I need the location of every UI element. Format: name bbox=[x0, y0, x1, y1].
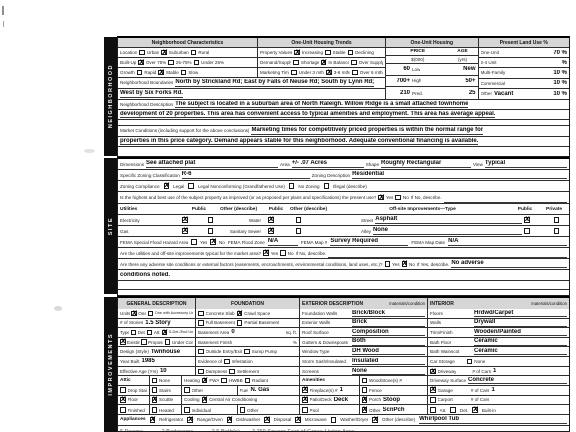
shape-value: Roughly Rectangular bbox=[381, 160, 471, 168]
checkbox-patio-deck[interactable]: X bbox=[302, 397, 308, 403]
exterior-materials-condition-label: materials/condition bbox=[389, 301, 425, 306]
evidence-of-label: Evidence of bbox=[198, 359, 222, 364]
typical-yes-label: Yes bbox=[271, 251, 279, 256]
checkbox-infestation[interactable] bbox=[224, 359, 230, 365]
foundation-header: FOUNDATION bbox=[196, 298, 300, 309]
checkbox-hbu-yes[interactable]: X bbox=[378, 195, 384, 201]
checkbox-illegal[interactable] bbox=[324, 183, 330, 189]
section-label-site: SITE bbox=[108, 217, 114, 235]
year-built-value: 1985 bbox=[142, 358, 155, 364]
central-air-label: Central Air Conditioning bbox=[209, 397, 257, 402]
slow-label: Slow bbox=[188, 70, 198, 75]
interior-column: FloorsHrdwd/Carpet WallsDrywall Trim/Fin… bbox=[428, 309, 569, 375]
hbu-no-label: No bbox=[403, 195, 409, 200]
gutters-downspouts-label: Gutters & Downspouts bbox=[302, 340, 350, 345]
checkbox-type-sdet[interactable]: X bbox=[162, 330, 168, 336]
walls-value: Drywall bbox=[474, 319, 567, 327]
in-balance-label: In Balance bbox=[328, 60, 349, 65]
infestation-label: Infestation bbox=[232, 359, 253, 364]
age-low-value: New bbox=[422, 66, 475, 72]
checkbox-stairs[interactable] bbox=[152, 387, 158, 393]
fwa-label: FWA bbox=[209, 378, 219, 383]
2-4-unit-pct: % bbox=[562, 60, 567, 66]
alley-label: Alley bbox=[361, 229, 371, 234]
checkbox-settlement[interactable] bbox=[229, 369, 235, 375]
exterior-description-column: Foundation WallsBrick/Block Exterior Wal… bbox=[300, 309, 428, 375]
one-unit-pct: 70 % bbox=[553, 50, 567, 56]
checkbox-sewer-public[interactable]: X bbox=[268, 228, 274, 234]
gutters-downspouts-value: Both bbox=[352, 338, 425, 346]
urban-label: Urban bbox=[147, 50, 160, 55]
type-att-label: Att. bbox=[154, 330, 160, 335]
checkbox-attic-floor[interactable]: X bbox=[120, 397, 126, 403]
checkbox-heating-other[interactable] bbox=[184, 387, 190, 393]
price-unit-label: $(000) bbox=[388, 57, 448, 62]
checkbox-fence[interactable] bbox=[362, 387, 368, 393]
age-high-value: 50+ bbox=[423, 78, 475, 84]
utilities-header: Utilities bbox=[120, 207, 178, 212]
checkbox-3-6mths[interactable]: X bbox=[326, 70, 332, 76]
car-storage-label: Car Storage bbox=[430, 359, 455, 364]
checkbox-stable-values[interactable] bbox=[325, 50, 331, 56]
proposed-label: Proposed bbox=[148, 340, 163, 345]
stories-value: 1.5 Story bbox=[145, 320, 170, 326]
checkbox-concrete-slab[interactable] bbox=[198, 311, 204, 317]
rural-label: Rural bbox=[198, 50, 209, 55]
dimensions-label: Dimensions bbox=[120, 162, 144, 167]
multi-family-pct: 10 % bbox=[553, 70, 567, 76]
amenities-label: Amenities bbox=[302, 378, 325, 383]
fireplace-count: 1 bbox=[340, 387, 343, 393]
checkbox-urban[interactable] bbox=[139, 50, 145, 56]
improvements-section: GENERAL DESCRIPTION FOUNDATION EXTERIOR … bbox=[117, 296, 570, 432]
gas-label: Gas bbox=[120, 229, 180, 234]
water-label: Water bbox=[223, 218, 261, 223]
checkbox-in-balance[interactable]: X bbox=[321, 60, 327, 66]
checkbox-carport[interactable] bbox=[430, 397, 436, 403]
adverse-answer-line1: No adverse bbox=[451, 260, 567, 268]
roof-surface-label: Roof Surface bbox=[302, 330, 350, 335]
checkbox-existing[interactable]: X bbox=[120, 339, 126, 345]
blank-write-in-line[interactable] bbox=[444, 195, 567, 203]
checkbox-pool[interactable] bbox=[302, 407, 308, 413]
foundation-walls-label: Foundation Walls bbox=[302, 311, 350, 316]
adverse-yes-label: Yes bbox=[392, 262, 400, 267]
under-25-label: Under 25% bbox=[201, 60, 224, 65]
checkbox-partial-basement[interactable] bbox=[237, 320, 243, 326]
foundation-walls-value: Brick/Block bbox=[352, 310, 425, 318]
checkbox-crawl-space[interactable]: X bbox=[237, 311, 243, 317]
checkbox-units-accessory[interactable] bbox=[148, 311, 154, 317]
attic-none-label: None bbox=[159, 378, 170, 383]
appliances-label: Appliances bbox=[120, 417, 146, 422]
exterior-walls-value: Brick bbox=[352, 319, 425, 327]
checkbox-scuttle[interactable]: X bbox=[152, 397, 158, 403]
individual-cooling-label: Individual bbox=[192, 408, 211, 413]
hwbb-label: HWBB bbox=[229, 378, 243, 383]
neighborhood-characteristics-header: Neighborhood Characteristics bbox=[118, 38, 257, 48]
basement-finish-unit: % bbox=[234, 340, 297, 345]
2-4-unit-label: 2-4 Unit bbox=[481, 60, 560, 65]
checkbox-garage-builtin[interactable]: X bbox=[472, 407, 478, 413]
existing-label: Existing bbox=[127, 340, 140, 345]
checkbox-electricity-public[interactable]: X bbox=[182, 217, 188, 223]
high-label: High bbox=[412, 78, 421, 83]
over-75-label: Over 75% bbox=[146, 60, 166, 65]
checkbox-water-public[interactable]: X bbox=[268, 217, 274, 223]
checkbox-porch[interactable]: X bbox=[362, 397, 368, 403]
checkbox-garage-att[interactable] bbox=[430, 407, 436, 413]
checkbox-no-zoning[interactable] bbox=[289, 183, 295, 189]
checkbox-washer-dryer[interactable] bbox=[331, 417, 337, 423]
checkbox-stable-growth[interactable]: X bbox=[158, 70, 164, 76]
location-label: Location bbox=[120, 50, 137, 55]
carport-label: Carport bbox=[438, 397, 453, 402]
boundaries-label: Neighborhood Boundaries bbox=[120, 80, 173, 85]
design-style-label: Design (Style) bbox=[120, 349, 149, 354]
zoning-compliance-label: Zoning Compliance bbox=[120, 184, 160, 189]
electricity-label: Electricity bbox=[120, 218, 180, 223]
checkbox-adverse-no[interactable]: X bbox=[402, 261, 408, 267]
checkbox-sump-pump[interactable] bbox=[244, 349, 250, 355]
car-none-label: None bbox=[474, 359, 485, 364]
view-label: View bbox=[473, 162, 483, 167]
checkbox-garage[interactable]: X bbox=[430, 387, 436, 393]
storm-sash-label: Storm Sash/Insulated bbox=[302, 359, 350, 364]
checkbox-under-3mths[interactable] bbox=[291, 70, 297, 76]
garage-label: Garage bbox=[438, 388, 453, 393]
growth-label: Growth bbox=[120, 70, 135, 75]
under-const-label: Under Const. bbox=[172, 340, 193, 345]
checkbox-microwave[interactable]: X bbox=[295, 417, 301, 423]
type-det-label: Det. bbox=[138, 330, 146, 335]
cooling-other-label: Other bbox=[247, 408, 259, 413]
street-value: Asphalt bbox=[375, 216, 522, 224]
units-one-label: One bbox=[138, 311, 146, 316]
checkbox-fireplace[interactable]: X bbox=[302, 387, 308, 393]
boundaries-value-line2: West by Six Forks Rd. bbox=[120, 90, 183, 98]
porch-label: Porch bbox=[369, 397, 381, 402]
checkbox-refrigerator[interactable]: X bbox=[150, 417, 156, 423]
range-oven-label: Range/Oven bbox=[197, 417, 223, 422]
fema-map-date-label: FEMA Map Date bbox=[411, 240, 445, 245]
garage-builtin-label: Built-in bbox=[482, 408, 496, 413]
under-3mths-label: Under 3 mths bbox=[299, 70, 325, 75]
checkbox-attic-heated[interactable] bbox=[152, 407, 158, 413]
basement-area-label: Basement Area bbox=[198, 330, 229, 335]
appliances-other-label: Other (describe) bbox=[382, 417, 415, 422]
checkbox-under-const[interactable] bbox=[165, 339, 171, 345]
sanitary-sewer-label: Sanitary Sewer bbox=[223, 229, 261, 234]
zoning-class-label: Specific Zoning Classification bbox=[120, 173, 180, 178]
car-storage-column: Driveway Surface Concrete XGarage # of C… bbox=[428, 376, 569, 414]
amenities-column: Amenities WoodStove(s) # XFireplace(s) #… bbox=[300, 376, 428, 414]
fema-zone-label: FEMA Flood Zone bbox=[228, 240, 265, 245]
fema-zone-value: N/A bbox=[268, 238, 298, 246]
heating-cooling-column: Heating XFWA HWBB Radiant Other FuelN. G… bbox=[182, 376, 300, 414]
checkbox-suburban[interactable]: X bbox=[161, 50, 167, 56]
checkbox-alley-private[interactable] bbox=[554, 228, 560, 234]
checkbox-sewer-other[interactable] bbox=[296, 228, 302, 234]
checkbox-slow[interactable] bbox=[181, 70, 187, 76]
alley-value: None bbox=[373, 227, 522, 235]
checkbox-full-basement[interactable] bbox=[198, 320, 204, 326]
trim-finish-label: Trim/Finish bbox=[430, 330, 472, 335]
heating-label: Heating bbox=[184, 378, 200, 383]
checkbox-driveway[interactable]: X bbox=[430, 369, 436, 375]
market-conditions-line2: properties in this price category. Deman… bbox=[120, 138, 478, 146]
marketing-time-label: Marketing Time bbox=[260, 70, 289, 75]
foundation-column: Concrete Slab XCrawl Space Full Basement… bbox=[196, 309, 300, 375]
scan-artifact bbox=[84, 149, 95, 153]
checkbox-legal-nonconforming[interactable] bbox=[188, 183, 194, 189]
checkbox-dampness[interactable] bbox=[198, 369, 204, 375]
microwave-label: Microwave bbox=[305, 417, 327, 422]
checkbox-outside-entry[interactable] bbox=[198, 349, 204, 355]
checkbox-rapid[interactable] bbox=[137, 70, 143, 76]
checkbox-units-one[interactable]: X bbox=[131, 311, 137, 317]
checkbox-fwa[interactable]: X bbox=[202, 378, 208, 384]
blank-row bbox=[118, 281, 569, 290]
garage-cars-value: 1 bbox=[491, 387, 494, 393]
washer-dryer-label: Washer/Dryer bbox=[340, 417, 368, 422]
dampness-label: Dampness bbox=[206, 369, 228, 374]
blank-write-in-line[interactable] bbox=[328, 251, 567, 258]
checkbox-over-supply[interactable] bbox=[351, 60, 357, 66]
checkbox-electricity-other[interactable] bbox=[208, 217, 214, 223]
checkbox-25-75[interactable] bbox=[168, 60, 174, 66]
dimensions-value: See attached plat bbox=[146, 160, 278, 168]
suburban-label: Suburban bbox=[169, 50, 189, 55]
bath-floor-label: Bath Floor bbox=[430, 340, 472, 345]
effective-age-value: 10 bbox=[160, 368, 167, 374]
low-label: Low bbox=[412, 67, 420, 72]
checkbox-increasing[interactable]: X bbox=[294, 50, 300, 56]
commercial-pct: 10 % bbox=[553, 80, 567, 86]
checkbox-alley-public[interactable] bbox=[524, 228, 530, 234]
pool-label: Pool bbox=[310, 408, 319, 413]
checkbox-attic-none[interactable] bbox=[152, 378, 158, 384]
utilities-typical-question: Are the utilities and off-site improveme… bbox=[120, 251, 261, 256]
attic-floor-label: Floor bbox=[128, 397, 138, 402]
checkbox-gas-public[interactable]: X bbox=[182, 228, 188, 234]
window-type-value: DH Wood bbox=[352, 348, 425, 356]
patio-deck-value: Deck bbox=[334, 397, 348, 403]
other-describe-header-2: Other (describe) bbox=[290, 207, 334, 212]
checkbox-typical-yes[interactable]: X bbox=[263, 250, 269, 256]
neighborhood-section: Neighborhood Characteristics One-Unit Ho… bbox=[117, 36, 570, 157]
fema-flood-label: FEMA Special Flood Hazard Area bbox=[120, 240, 188, 245]
driveway-surface-label: Driveway Surface bbox=[430, 378, 466, 383]
fema-map-value: Survey Required bbox=[330, 238, 408, 246]
typical-ifno-label: If No, describe. bbox=[296, 251, 327, 256]
porch-value: Stoop bbox=[383, 397, 400, 403]
declining-label: Declining bbox=[355, 50, 374, 55]
no-zoning-label: No Zoning bbox=[298, 184, 319, 189]
hbu-yes-label: Yes bbox=[386, 195, 394, 200]
attic-label: Attic bbox=[120, 378, 131, 383]
garage-cars-label: # of Cars bbox=[471, 388, 490, 393]
checkbox-street-private[interactable] bbox=[554, 217, 560, 223]
checkbox-declining[interactable] bbox=[348, 50, 354, 56]
general-description-column: Units XOne One with Accessory Unit # of … bbox=[118, 309, 196, 375]
pat io-deck-label: Patio/Deck bbox=[310, 397, 332, 402]
checkbox-fema-yes[interactable] bbox=[191, 239, 197, 245]
adverse-answer-line2: conditions noted. bbox=[120, 272, 170, 278]
attic-finished-label: Finished bbox=[128, 408, 145, 413]
basement-finish-label: Basement Finish bbox=[198, 340, 232, 345]
age-unit-label: (yrs) bbox=[450, 57, 476, 62]
other-use-label: Other bbox=[481, 91, 493, 96]
market-conditions-label: Market Conditions (including support for… bbox=[120, 128, 249, 133]
exterior-description-header: EXTERIOR DESCRIPTION bbox=[302, 301, 363, 307]
fireplace-label: Fireplace(s) # bbox=[310, 388, 338, 393]
legal-nonconforming-label: Legal Nonconforming (Grandfathered Use) bbox=[198, 184, 285, 189]
dishwasher-label: Dishwasher bbox=[236, 417, 260, 422]
checkbox-attic-finished[interactable] bbox=[120, 407, 126, 413]
checkbox-legal[interactable]: X bbox=[164, 183, 170, 189]
radiant-label: Radiant bbox=[252, 378, 268, 383]
checkbox-cooling-other[interactable] bbox=[240, 407, 246, 413]
checkbox-shortage[interactable] bbox=[293, 60, 299, 66]
scuttle-label: Scuttle bbox=[159, 397, 173, 402]
amenities-other-label: Other bbox=[369, 408, 381, 413]
shape-label: Shape bbox=[366, 162, 379, 167]
fema-map-label: FEMA Map # bbox=[301, 240, 328, 245]
checkbox-typical-no[interactable] bbox=[280, 250, 286, 256]
checkbox-appliances-other[interactable]: X bbox=[372, 417, 378, 423]
public-header: Public bbox=[180, 207, 218, 212]
concrete-slab-label: Concrete Slab bbox=[206, 311, 235, 316]
public-header-2: Public bbox=[264, 207, 288, 212]
area-label: Area bbox=[280, 162, 290, 167]
boundaries-value-line1: North by Strickland Rd; East by Falls of… bbox=[175, 79, 374, 87]
checkbox-under-25[interactable] bbox=[194, 60, 200, 66]
checkbox-over-75[interactable]: X bbox=[138, 60, 144, 66]
age-pred-value: 25 bbox=[425, 90, 476, 96]
zoning-desc-value: Residential bbox=[352, 171, 567, 179]
checkbox-water-other[interactable] bbox=[296, 217, 302, 223]
checkbox-garage-det[interactable] bbox=[450, 407, 456, 413]
checkbox-car-none[interactable] bbox=[467, 359, 473, 365]
partial-basement-label: Partial Basement bbox=[244, 320, 279, 325]
property-values-label: Property Values bbox=[260, 50, 292, 55]
basement-area-value: 0 bbox=[231, 329, 234, 335]
checkbox-range-oven[interactable]: X bbox=[187, 417, 193, 423]
site-section: Dimensions See attached plat Area +/- .0… bbox=[117, 157, 570, 296]
increasing-label: Increasing bbox=[302, 50, 323, 55]
area-value: +/- .07 Acres bbox=[292, 160, 364, 168]
checkbox-type-att[interactable] bbox=[147, 330, 153, 336]
checkbox-central-air[interactable]: X bbox=[202, 397, 208, 403]
fuel-label: Fuel bbox=[240, 388, 249, 393]
checkbox-adverse-yes[interactable] bbox=[385, 261, 391, 267]
other-describe-header: Other (describe) bbox=[220, 207, 262, 212]
checkbox-dishwasher[interactable]: X bbox=[227, 417, 233, 423]
street-label: Street bbox=[361, 218, 373, 223]
price-high-value: 700+ bbox=[388, 78, 410, 84]
bath-floor-value: Ceramic bbox=[474, 338, 567, 346]
scan-artifact bbox=[3, 21, 4, 27]
section-bar-neighborhood: NEIGHBORHOOD bbox=[104, 37, 117, 156]
checkbox-individual-cooling[interactable] bbox=[184, 407, 190, 413]
checkbox-proposed[interactable] bbox=[141, 339, 147, 345]
one-unit-label: One-Unit bbox=[481, 50, 552, 55]
interior-materials-condition-label: materials/condition bbox=[531, 301, 567, 306]
description-line2: development of 20 properties. This area … bbox=[120, 111, 495, 119]
price-pred-value: 210 bbox=[388, 90, 410, 96]
section-bar-site: SITE bbox=[104, 158, 117, 294]
over-supply-label: Over Supply bbox=[359, 60, 383, 65]
housing-trends-header: One-Unit Housing Trends bbox=[257, 38, 385, 48]
checkbox-woodstove[interactable] bbox=[362, 378, 368, 384]
zoning-desc-label: Zoning Description bbox=[312, 173, 350, 178]
demand-supply-label: Demand/Supply bbox=[260, 60, 291, 65]
interior-header: INTERIOR bbox=[430, 301, 454, 307]
checkbox-type-det[interactable] bbox=[131, 330, 137, 336]
checkbox-fema-no[interactable]: X bbox=[210, 239, 216, 245]
floors-label: Floors bbox=[430, 311, 472, 316]
full-basement-label: Full Basement bbox=[206, 320, 235, 325]
amenities-other-value: ScnPch bbox=[383, 407, 405, 413]
checkbox-street-public[interactable]: X bbox=[524, 217, 530, 223]
year-built-label: Year Built bbox=[120, 359, 140, 364]
stable-values-label: Stable bbox=[333, 50, 346, 55]
driveway-cars-label: # of Cars bbox=[472, 369, 491, 374]
fema-no-label: No bbox=[219, 240, 225, 245]
units-accessory-label: One with Accessory Unit bbox=[155, 311, 193, 315]
bath-wainscot-value: Ceramic bbox=[474, 348, 567, 356]
checkbox-drop-stair[interactable] bbox=[120, 387, 126, 393]
walls-label: Walls bbox=[430, 320, 472, 325]
built-up-label: Built-Up bbox=[120, 60, 136, 65]
public-header-3: Public bbox=[511, 207, 539, 212]
floors-value: Hrdwd/Carpet bbox=[474, 310, 567, 318]
fuel-value: N. Gas bbox=[250, 387, 269, 393]
checkbox-rural[interactable] bbox=[191, 50, 197, 56]
window-type-label: Window Type bbox=[302, 349, 350, 354]
stories-label: # of Stories bbox=[120, 320, 143, 325]
appliances-other-value: Whirlpool Tub bbox=[419, 416, 567, 424]
description-line1: The subject is located in a suburban are… bbox=[175, 101, 468, 109]
market-conditions-line1: Marketing times for competitively priced… bbox=[251, 127, 483, 135]
scan-artifact bbox=[2, 6, 4, 15]
roof-surface-value: Composition bbox=[352, 329, 425, 337]
description-label: Neighborhood Description bbox=[120, 102, 173, 107]
checkbox-amenities-other[interactable]: X bbox=[362, 407, 368, 413]
carport-cars-label: # of Cars bbox=[471, 397, 490, 402]
over-6mths-label: Over 6 mths bbox=[360, 70, 383, 75]
checkbox-radiant[interactable] bbox=[245, 378, 251, 384]
basement-area-unit: sq. ft. bbox=[237, 330, 297, 335]
private-header: Private bbox=[541, 207, 567, 212]
checkbox-hbu-no[interactable] bbox=[395, 195, 401, 201]
pred-label: Pred. bbox=[412, 91, 423, 96]
highest-best-use-question: Is the highest and best use of the subje… bbox=[120, 195, 376, 200]
checkbox-gas-other[interactable] bbox=[208, 228, 214, 234]
garage-att-label: Att. bbox=[440, 408, 447, 413]
commercial-label: Commercial bbox=[481, 81, 552, 86]
storm-sash-value: Insulated bbox=[352, 358, 425, 366]
one-unit-housing-header: One-Unit Housing bbox=[386, 38, 478, 48]
scan-artifact bbox=[54, 306, 62, 311]
hbu-ifno-label: If No, describe. bbox=[411, 195, 442, 200]
checkbox-over-6mths[interactable] bbox=[352, 70, 358, 76]
checkbox-hwbb[interactable] bbox=[221, 378, 227, 384]
refrigerator-label: Refrigerator bbox=[159, 417, 183, 422]
checkbox-disposal[interactable]: X bbox=[264, 417, 270, 423]
rapid-label: Rapid bbox=[144, 70, 156, 75]
